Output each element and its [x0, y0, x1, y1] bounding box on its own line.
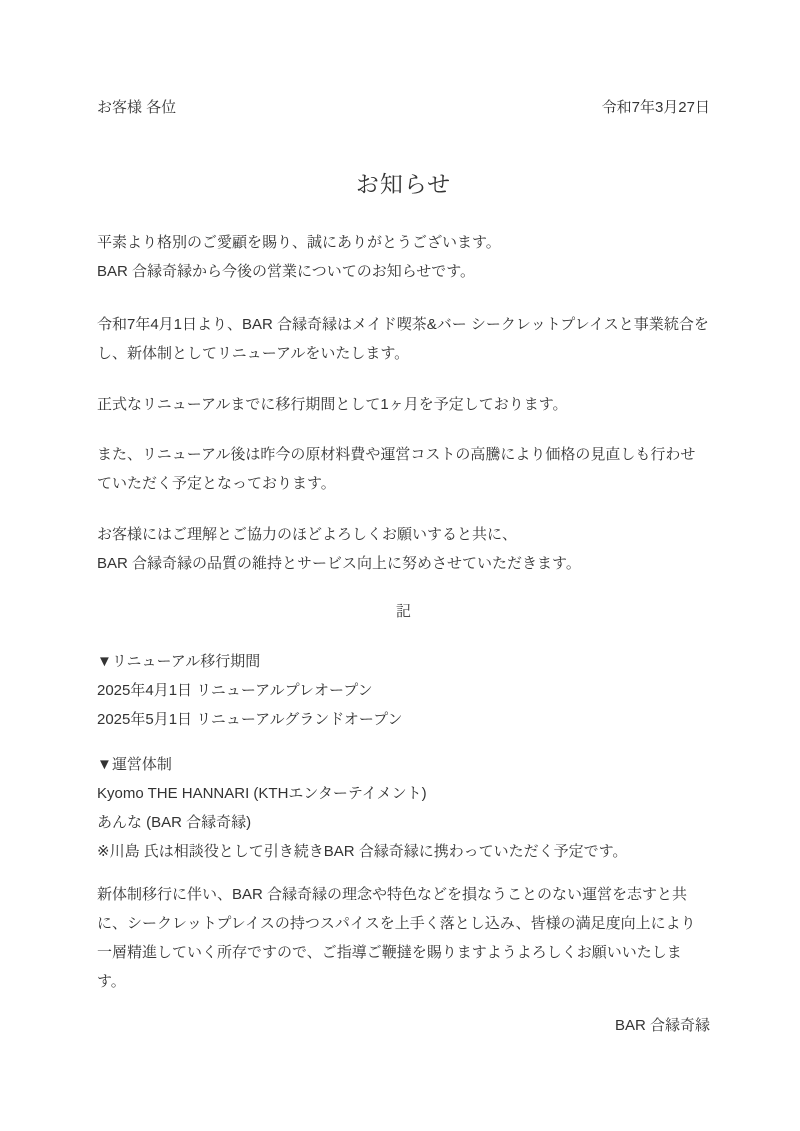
announcement-paragraph: 令和7年4月1日より、BAR 合縁奇縁はメイド喫茶&バー シークレットプレイスと…	[97, 310, 710, 368]
management-structure-item-1: Kyomo THE HANNARI (KTHエンターテイメント)	[97, 779, 710, 808]
renewal-schedule-heading: ▼リニューアル移行期間	[97, 647, 710, 676]
greeting-line-1: 平素より格別のご愛顧を賜り、誠にありがとうございます。	[97, 228, 710, 257]
transition-period-paragraph: 正式なリニューアルまでに移行期間として1ヶ月を予定しております。	[97, 390, 710, 419]
greeting-line-2: BAR 合縁奇縁から今後の営業についてのお知らせです。	[97, 257, 710, 286]
management-structure-item-2: あんな (BAR 合縁奇縁)	[97, 808, 710, 837]
greeting-paragraph: 平素より格別のご愛顧を賜り、誠にありがとうございます。 BAR 合縁奇縁から今後…	[97, 228, 710, 286]
price-revision-paragraph: また、リニューアル後は昨今の原材料費や運営コストの高騰により価格の見直しも行わせ…	[97, 440, 710, 498]
renewal-schedule-item-2: 2025年5月1日 リニューアルグランドオープン	[97, 705, 710, 734]
closing-paragraph: 新体制移行に伴い、BAR 合縁奇縁の理念や特色などを損なうことのない運営を志すと…	[97, 880, 710, 996]
notice-document: お客様 各位 令和7年3月27日 お知らせ 平素より格別のご愛顧を賜り、誠にあり…	[0, 0, 800, 1131]
request-paragraph: お客様にはご理解とご協力のほどよろしくお願いすると共に、 BAR 合縁奇縁の品質…	[97, 520, 710, 578]
date-line: 令和7年3月27日	[602, 97, 710, 119]
recipient-line: お客様 各位	[97, 97, 176, 119]
signature: BAR 合縁奇縁	[97, 1011, 710, 1040]
request-line-1: お客様にはご理解とご協力のほどよろしくお願いすると共に、	[97, 520, 710, 549]
document-header: お客様 各位 令和7年3月27日	[97, 97, 710, 119]
record-marker: 記	[97, 597, 710, 626]
management-structure-note: ※川島 氏は相談役として引き続きBAR 合縁奇縁に携わっていただく予定です。	[97, 837, 710, 866]
management-structure-heading: ▼運営体制	[97, 750, 710, 779]
management-structure-section: ▼運営体制 Kyomo THE HANNARI (KTHエンターテイメント) あ…	[97, 750, 710, 866]
page-title: お知らせ	[97, 167, 710, 201]
request-line-2: BAR 合縁奇縁の品質の維持とサービス向上に努めさせていただきます。	[97, 549, 710, 578]
renewal-schedule-item-1: 2025年4月1日 リニューアルプレオープン	[97, 676, 710, 705]
renewal-schedule-section: ▼リニューアル移行期間 2025年4月1日 リニューアルプレオープン 2025年…	[97, 647, 710, 734]
